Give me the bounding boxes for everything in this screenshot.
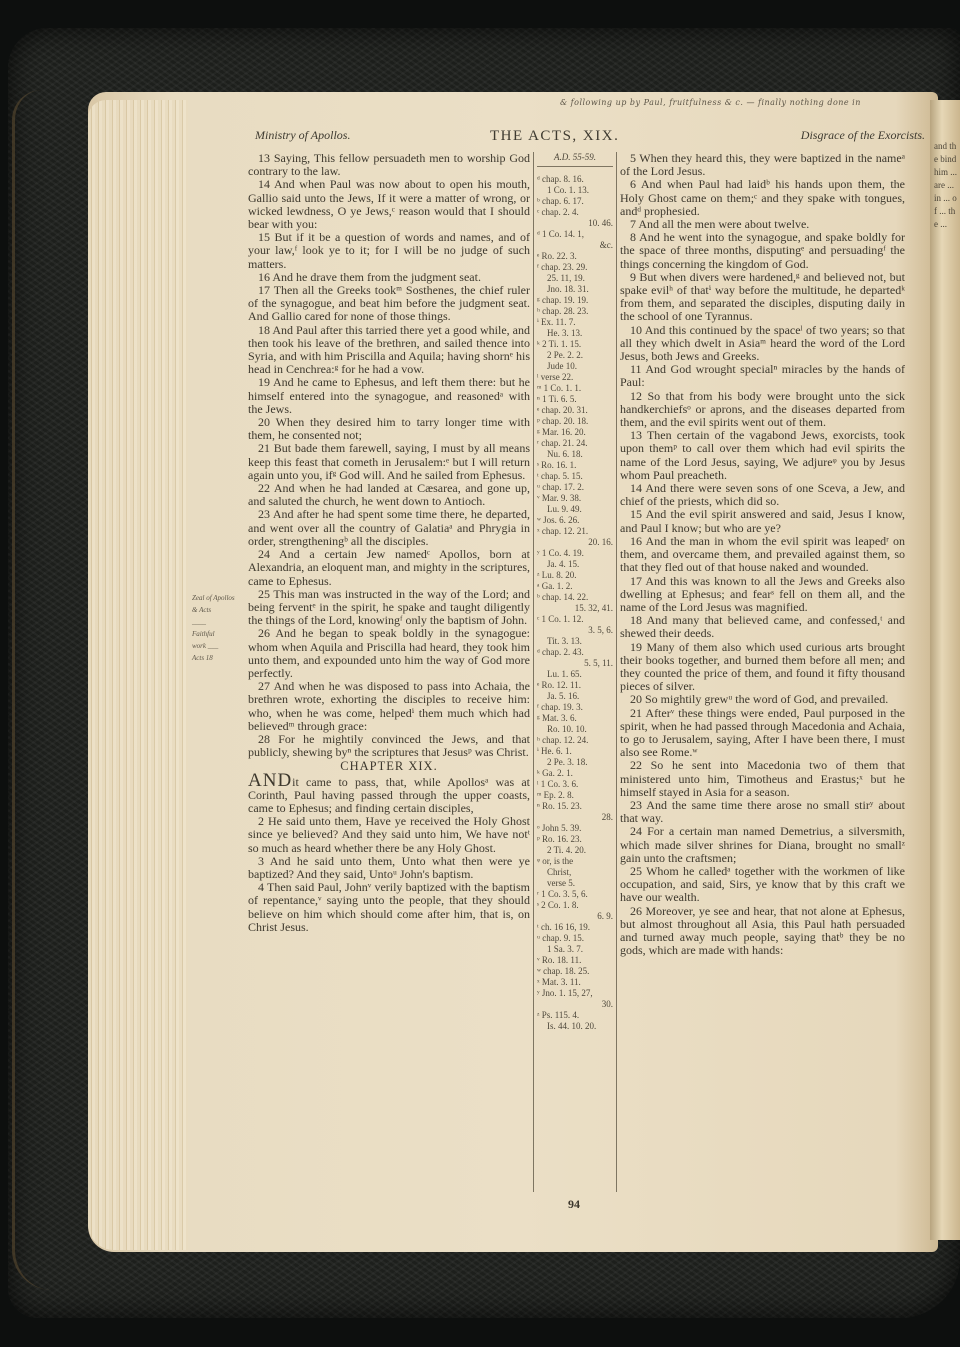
cross-reference: ᵒ John 5. 39. [537,823,613,834]
verse: 27 And when he was disposed to pass into… [248,680,530,733]
cross-reference: ᵗ chap. 5. 15. [537,471,613,482]
cross-reference: ʰ chap. 12. 24. [537,735,613,746]
verse: 14 And when Paul was now about to open h… [248,178,530,231]
verse: 25 Whom he calledᵃ together with the wor… [620,865,905,905]
verse: 2 He said unto them, Have ye received th… [248,815,530,855]
cross-reference: Ja. 5. 16. [537,691,613,702]
cross-reference: ᵐ Ep. 2. 8. [537,790,613,801]
verse: 25 This man was instructed in the way of… [248,588,530,628]
cross-reference: Ro. 10. 10. [537,724,613,735]
cross-reference: ᵍ Mat. 3. 6. [537,713,613,724]
verse: 21 But bade them farewell, saying, I mus… [248,442,530,482]
cross-reference: 1 Co. 1. 13. [537,185,613,196]
cross-reference: 20. 16. [537,537,613,548]
verse: 11 And God wrought specialⁿ miracles by … [620,363,905,389]
cross-reference: ᵈ chap. 8. 16. [537,174,613,185]
verse: 28 For he mightily convinced the Jews, a… [248,733,530,759]
cross-reference: ˢ Ro. 16. 1. [537,460,613,471]
cross-reference: 2 Pe. 3. 18. [537,757,613,768]
cross-reference: ᵗ ch. 16 16, 19. [537,922,613,933]
next-page-edge: and the bind him ... are ... in ... of .… [930,100,960,1240]
verse: 12 So that from his body were brought un… [620,390,905,430]
cross-reference: ʳ 1 Co. 3. 5, 6. [537,889,613,900]
verse: 20 When they desired him to tarry longer… [248,416,530,442]
verse: 19 And he came to Ephesus, and left them… [248,376,530,416]
cross-reference: ⁿ 1 Ti. 6. 5. [537,394,613,405]
cross-reference: ʰ chap. 28. 23. [537,306,613,317]
cross-reference: 28. [537,812,613,823]
verse: 18 And many that believed came, and conf… [620,614,905,640]
cross-reference: ᵏ Ga. 2. 1. [537,768,613,779]
cross-reference: 15. 32, 41. [537,603,613,614]
cross-reference: ᵘ chap. 9. 15. [537,933,613,944]
cross-reference: Christ, [537,867,613,878]
margin-note: Zeal of Apollos [192,592,248,604]
cross-reference: Is. 44. 10. 20. [537,1021,613,1032]
cross-reference: verse 5. [537,878,613,889]
handwritten-annotation: & following up by Paul, fruitfulness & c… [560,98,930,107]
cross-reference: ᵛ Mar. 9. 38. [537,493,613,504]
chapter-opening-verse: ANDit came to pass, that, while Apollosᵃ… [248,774,530,816]
running-head-left: Ministry of Apollos. [255,128,350,143]
cross-reference: 10. 46. [537,218,613,229]
cross-reference: 6. 9. [537,911,613,922]
margin-note: & Acts [192,604,248,616]
cross-reference: ᵃ Ga. 1. 2. [537,581,613,592]
cross-reference: ᶜ 1 Co. 1. 12. [537,614,613,625]
cross-reference: ᵈ chap. 2. 43. [537,647,613,658]
verse: 21 Afterᵛ these things were ended, Paul … [620,707,905,760]
margin-note: Acts 18 [192,652,248,664]
verse: 22 And when he had landed at Cæsarea, an… [248,482,530,508]
cross-reference-column: A.D. 55-59. ᵈ chap. 8. 16.1 Co. 1. 13.ᵇ … [533,152,617,1192]
verse: 18 And Paul after this tarried there yet… [248,324,530,377]
cross-reference: 2 Pe. 2. 2. [537,350,613,361]
cross-reference: ʷ chap. 18. 25. [537,966,613,977]
cross-reference: ᵖ chap. 20. 18. [537,416,613,427]
cross-reference: ᵠ or, is the [537,856,613,867]
cross-reference: Tit. 3. 13. [537,636,613,647]
verse: 13 Then certain of the vagabond Jews, ex… [620,429,905,482]
verse: 19 Many of them also which used curious … [620,641,905,694]
running-head-right: Disgrace of the Exorcists. [801,128,925,143]
left-text-column: 13 Saying, This fellow persuadeth men to… [248,152,530,934]
verse: 16 And the man in whom the evil spirit w… [620,535,905,575]
verse: 17 And this was known to all the Jews an… [620,575,905,615]
cross-reference: ᵇ chap. 14. 22. [537,592,613,603]
cross-reference: ⁱ Ex. 11. 7. [537,317,613,328]
verse: 15 But if it be a question of words and … [248,231,530,271]
cross-reference: ᵘ chap. 17. 2. [537,482,613,493]
cross-reference: ᶠ chap. 19. 3. [537,702,613,713]
verse: 17 Then all the Greeks tookᵐ Sosthenes, … [248,284,530,324]
cross-reference: ᵉ Ro. 22. 3. [537,251,613,262]
verse: 8 And he went into the synagogue, and sp… [620,231,905,271]
cross-reference: 5. 5, 11. [537,658,613,669]
margin-notes: Zeal of Apollos & Acts ____ Faithful wor… [192,592,248,664]
cross-reference: Ja. 4. 15. [537,559,613,570]
margin-note: work ___ [192,640,248,652]
cross-reference: ᵍ Mar. 16. 20. [537,427,613,438]
verse: 20 So mightily grewᵘ the word of God, an… [620,693,905,706]
cross-reference: ᵉ chap. 20. 31. [537,405,613,416]
cross-reference: ᵏ 2 Ti. 1. 15. [537,339,613,350]
cross-reference: ᵍ chap. 19. 19. [537,295,613,306]
running-head: Ministry of Apollos. THE ACTS, XIX. Disg… [255,128,925,148]
cross-reference: ᵐ 1 Co. 1. 1. [537,383,613,394]
cross-reference: &c. [537,240,613,251]
cross-reference: Nu. 6. 18. [537,449,613,460]
verse: 5 When they heard this, they were baptiz… [620,152,905,178]
cross-reference: 3. 5, 6. [537,625,613,636]
page-number: 94 [568,1197,580,1212]
cover-edge [12,90,75,1290]
running-head-title: THE ACTS, XIX. [490,128,619,145]
cross-reference: ˢ 2 Co. 1. 8. [537,900,613,911]
cross-reference: ᵉ Ro. 12. 11. [537,680,613,691]
cross-reference: ᵖ Ro. 16. 23. [537,834,613,845]
verse: 10 And this continued by the spaceˡ of t… [620,324,905,364]
verse: 23 And after he had spent some time ther… [248,508,530,548]
verse: 15 And the evil spirit answered and said… [620,508,905,534]
cross-reference: ʸ 1 Co. 4. 19. [537,548,613,559]
cross-reference: ˡ verse 22. [537,372,613,383]
cross-reference: ʸ Jno. 1. 15, 27, [537,988,613,999]
cross-reference: 1 Sa. 3. 7. [537,944,613,955]
cross-reference: ⁿ Ro. 15. 23. [537,801,613,812]
cross-reference: Jno. 18. 31. [537,284,613,295]
cross-reference: He. 3. 13. [537,328,613,339]
verse: 9 But when divers were hardened,ᵍ and be… [620,271,905,324]
cross-reference: Lu. 1. 65. [537,669,613,680]
verse: 26 Moreover, ye see and hear, that not a… [620,905,905,958]
cross-reference: ˡ 1 Co. 3. 6. [537,779,613,790]
cross-reference: 2 Ti. 4. 20. [537,845,613,856]
cross-reference: ˣ chap. 12. 21. [537,526,613,537]
cross-reference: ⁱ He. 6. 1. [537,746,613,757]
verse: 22 So he sent into Macedonia two of them… [620,759,905,799]
page-edges [88,100,188,1250]
verse: 23 And the same time there arose no smal… [620,799,905,825]
margin-note: Faithful [192,628,248,640]
cross-reference: ᵇ chap. 6. 17. [537,196,613,207]
cross-reference: 30. [537,999,613,1010]
verse: 24 For a certain man named Demetrius, a … [620,825,905,865]
cross-reference: Jude 10. [537,361,613,372]
cross-reference: ᶠ chap. 23. 29. [537,262,613,273]
verse: 4 Then said Paul, Johnᵛ verily baptized … [248,881,530,934]
cross-reference: ʷ Jos. 6. 26. [537,515,613,526]
cross-reference: Lu. 9. 49. [537,504,613,515]
verse: 3 And he said unto them, Unto what then … [248,855,530,881]
verse: 13 Saying, This fellow persuadeth men to… [248,152,530,178]
verse: 24 And a certain Jew namedᶜ Apollos, bor… [248,548,530,588]
cross-reference: ᶜ chap. 2. 4. [537,207,613,218]
cross-reference: ˣ Mat. 3. 11. [537,977,613,988]
cross-reference: ᶻ Lu. 8. 20. [537,570,613,581]
cross-reference: ᵛ Ro. 18. 11. [537,955,613,966]
cross-reference: 25. 11, 19. [537,273,613,284]
verse: 14 And there were seven sons of one Scev… [620,482,905,508]
next-page-fragment: and the bind him ... are ... in ... of .… [930,100,960,231]
verse: 6 And when Paul had laidᵇ his hands upon… [620,178,905,218]
date-label: A.D. 55-59. [537,152,613,167]
right-text-column: 5 When they heard this, they were baptiz… [620,152,905,957]
verse: 26 And he began to speak boldly in the s… [248,627,530,680]
margin-note: ____ [192,616,248,628]
cross-reference: ᶻ Ps. 115. 4. [537,1010,613,1021]
cross-reference: ᵈ 1 Co. 14. 1, [537,229,613,240]
cross-reference: ʳ chap. 21. 24. [537,438,613,449]
